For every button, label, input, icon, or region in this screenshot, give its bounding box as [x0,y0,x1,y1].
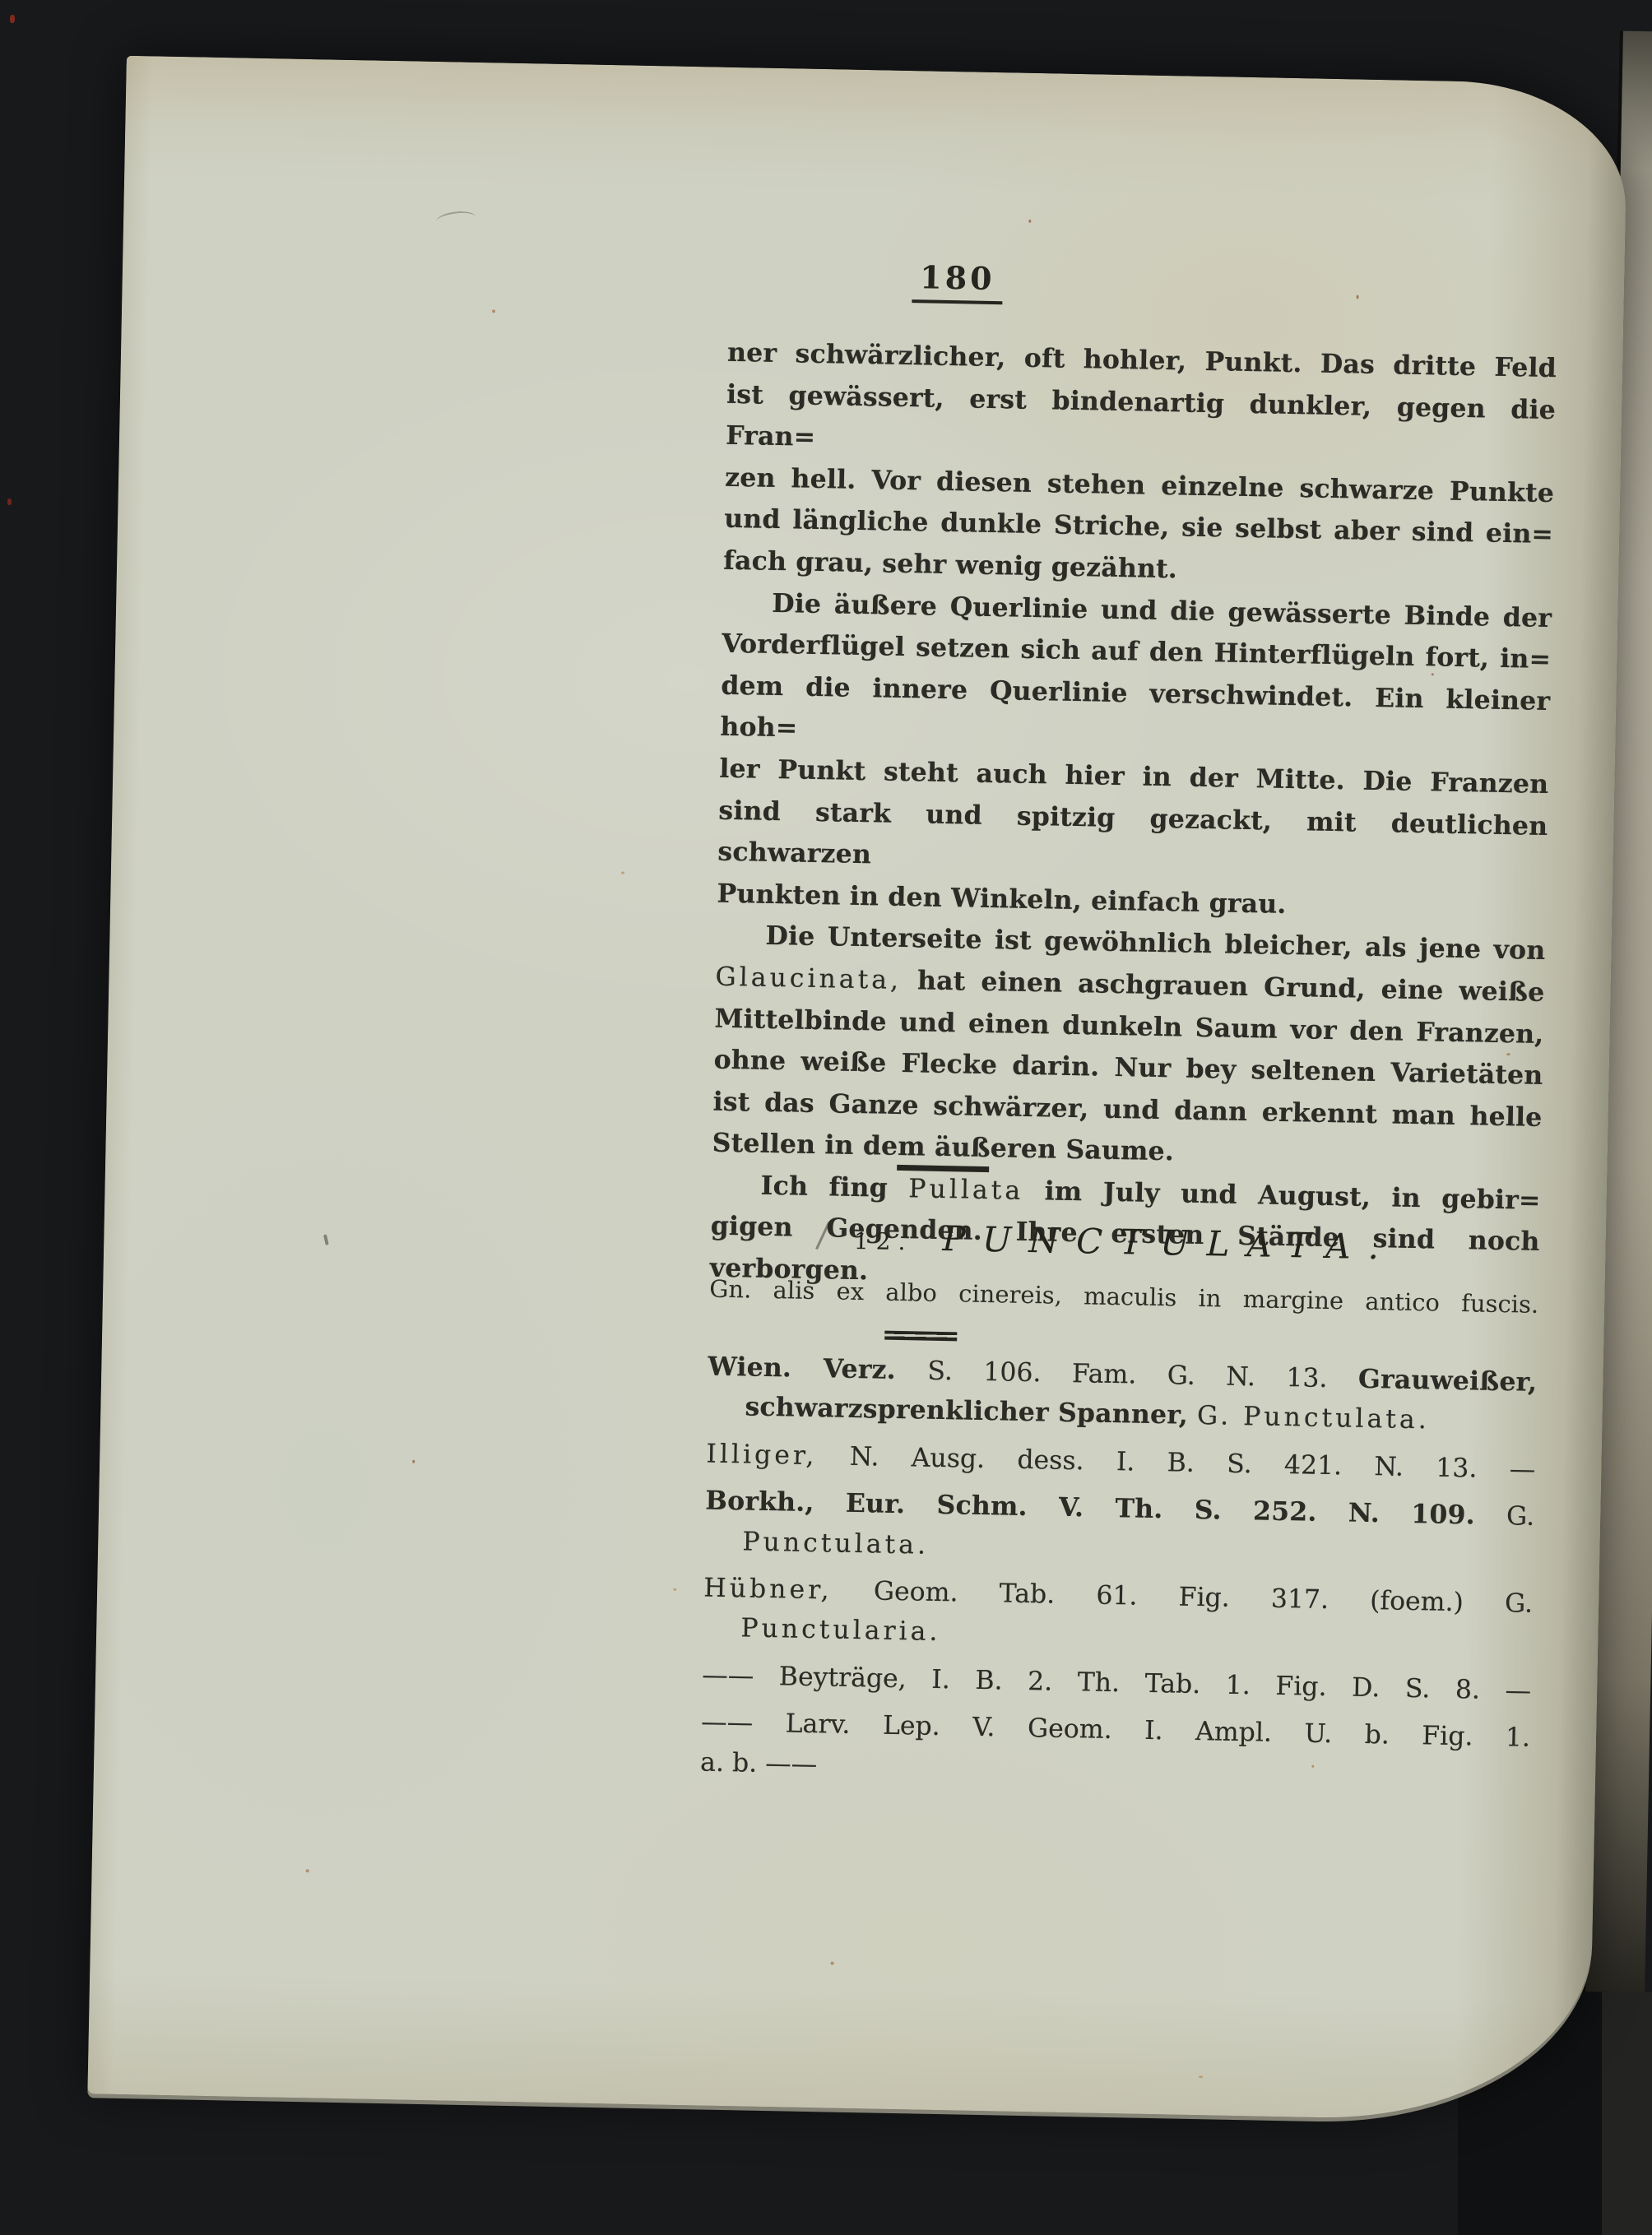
body-text: ner schwärzlicher, oft hohler, Punkt. Da… [709,332,1557,1305]
body-paragraph: ner schwärzlicher, oft hohler, Punkt. Da… [723,332,1557,598]
margin-tick-mark [323,1234,329,1245]
page-number-text: 180 [920,258,995,297]
paper-speck [492,309,495,313]
type-area: 180 ner schwärzlicher, oft hohler, Punkt… [694,67,1562,2121]
paper-speck [621,871,624,874]
paper-speck [673,1588,676,1591]
page-number-rule [912,299,1002,304]
body-paragraph: Die Unterseite ist gewöhnlich bleicher, … [712,915,1546,1180]
reference-entry: Borkh., Eur. Schm. V. Th. S. 252. N. 109… [704,1481,1535,1577]
hairline-mark [435,210,476,230]
text-line: —— Beyträge, I. B. 2. Th. Tab. 1. Fig. D… [702,1655,1532,1711]
reference-entry: —— Beyträge, I. B. 2. Th. Tab. 1. Fig. D… [702,1655,1532,1711]
text-line: dem die innere Querlinie verschwindet. E… [720,665,1551,764]
reference-entry: Hübner, Geom. Tab. 61. Fig. 317. (foem.)… [703,1569,1534,1664]
text-line: Illiger, N. Ausg. dess. I. B. S. 421. N.… [706,1434,1536,1490]
text-line: ist gewässert, erst bindenartig dunkler,… [726,373,1557,473]
reference-entry: —— Larv. Lep. V. Geom. I. Ampl. U. b. Fi… [700,1703,1531,1798]
references-list: Wien. Verz. S. 106. Fam. G. N. 13. Grauw… [700,1347,1538,1798]
text-line: sind stark und spitzig gezackt, mit deut… [717,790,1548,889]
paper-speck [306,1869,309,1872]
photo-backdrop: { "page": { "folio": "180", "body_paragr… [0,0,1652,2235]
page-number: 180 [728,255,1186,308]
reference-entry: Wien. Verz. S. 106. Fam. G. N. 13. Grauw… [707,1347,1538,1443]
paper-speck [412,1460,415,1463]
film-edge-speck [7,498,12,505]
diagnosis-divider-rule [884,1331,957,1342]
body-paragraph: Die äußere Querlinie und die gewässerte … [717,582,1552,930]
fore-edge-bottom [1602,1992,1652,2235]
reference-entry: Illiger, N. Ausg. dess. I. B. S. 421. N.… [706,1434,1536,1490]
species-number: 12. [854,1227,913,1255]
book-page: 180 ner schwärzlicher, oft hohler, Punkt… [87,56,1627,2123]
film-edge-speck [10,15,15,23]
